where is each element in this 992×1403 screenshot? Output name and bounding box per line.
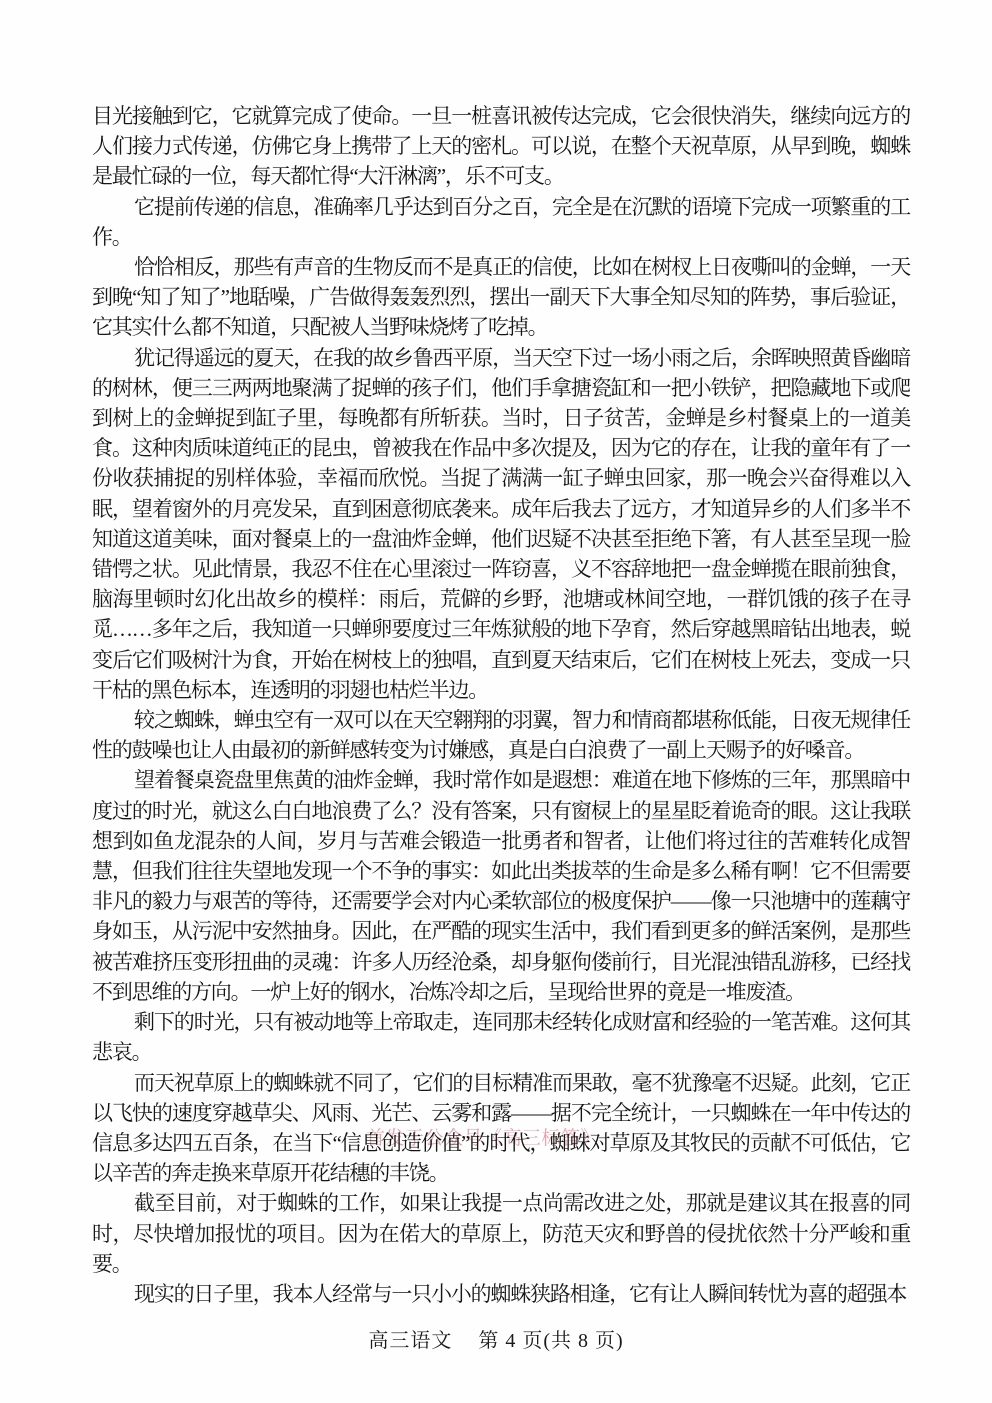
paragraph: 望着餐桌瓷盘里焦黄的油炸金蝉，我时常作如是遐想：难道在地下修炼的三年，那黑暗中度… [92,765,910,1007]
footer-page-number: 第 4 页(共 8 页) [478,1330,623,1352]
paragraph: 犹记得遥远的夏天，在我的故乡鲁西平原，当天空下过一场小雨之后，余晖映照黄昏幽暗的… [92,343,910,705]
page-footer: 高三语文第 4 页(共 8 页) [0,1324,992,1353]
paragraph: 它提前传递的信息，准确率几乎达到百分之百，完全是在沉默的语境下完成一项繁重的工作… [92,192,910,252]
paragraph: 恰恰相反，那些有声音的生物反而不是真正的信使，比如在树杈上日夜嘶叫的金蝉，一天到… [92,252,910,343]
paragraph: 较之蜘蛛，蝉虫空有一双可以在天空翱翔的羽翼，智力和情商都堪称低能，日夜无规律任性… [92,705,910,765]
paragraph: 目光接触到它，它就算完成了使命。一旦一桩喜讯被传达完成，它会很快消失，继续向远方… [92,101,910,192]
footer-subject-label: 高三语文 [368,1330,452,1352]
paragraph: 而天祝草原上的蜘蛛就不同了，它们的目标精准而果敢，毫不犹豫毫不迟疑。此刻，它正以… [92,1068,910,1189]
body-text: 目光接触到它，它就算完成了使命。一旦一桩喜讯被传达完成，它会很快消失，继续向远方… [92,101,910,1309]
exam-paper-page: 首发于公众号《高三标答》 目光接触到它，它就算完成了使命。一旦一桩喜讯被传达完成… [0,0,992,1403]
paragraph: 剩下的时光，只有被动地等上帝取走，连同那未经转化成财富和经验的一笔苦难。这何其悲… [92,1007,910,1067]
paragraph: 现实的日子里，我本人经常与一只小小的蜘蛛狭路相逢，它有让人瞬间转忧为喜的超强本 [92,1279,910,1309]
paragraph: 截至目前，对于蜘蛛的工作，如果让我提一点尚需改进之处，那就是建议其在报喜的同时，… [92,1188,910,1279]
